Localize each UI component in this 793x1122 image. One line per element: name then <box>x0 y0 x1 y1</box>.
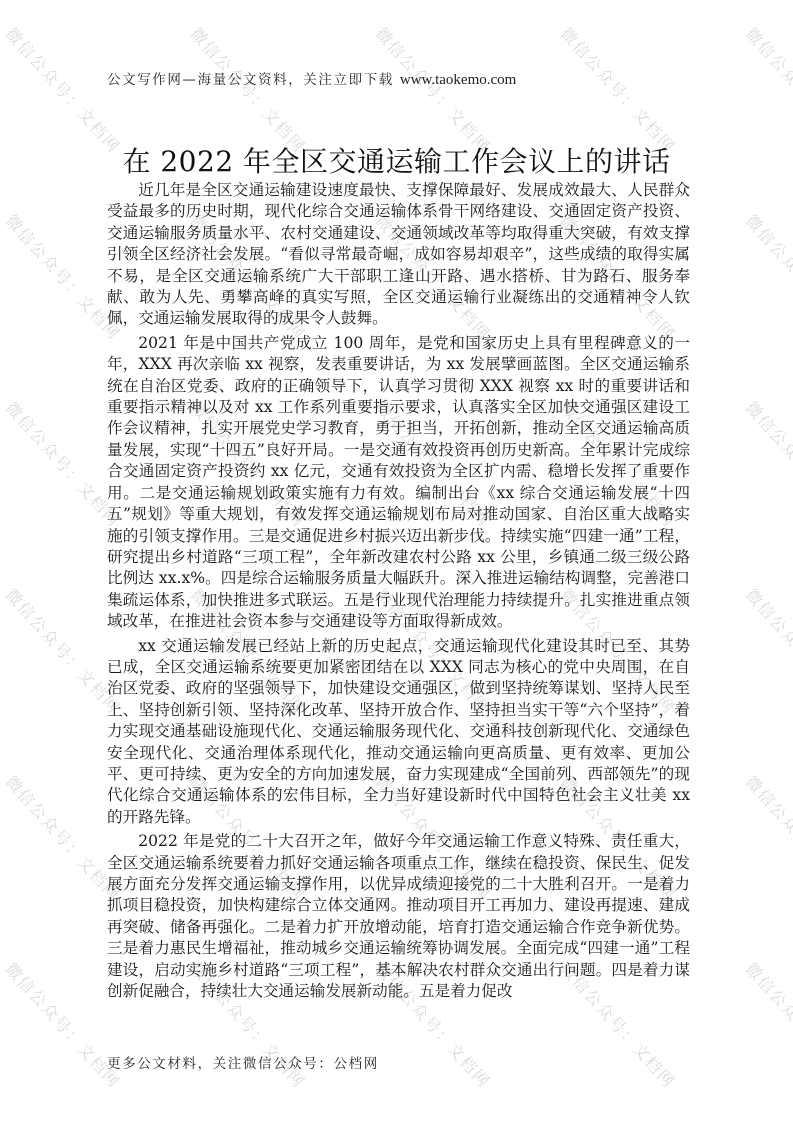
watermark: 微信公众号：文档网 <box>556 22 682 158</box>
paragraph: 近几年是全区交通运输建设速度最快、支撑保障最好、发展成效最大、人民群众受益最多的… <box>107 180 690 330</box>
paragraph: 2021 年是中国共产党成立 100 周年，是党和国家历史上具有里程碑意义的一年… <box>107 333 690 633</box>
document-body: 近几年是全区交通运输建设速度最快、支撑保障最好、发展成效最大、人民群众受益最多的… <box>107 180 690 1005</box>
watermark: 微信公众号：文档网 <box>741 209 793 345</box>
watermark: 微信公众号：文档网 <box>741 583 793 719</box>
watermark: 微信公众号：文档网 <box>1 22 127 158</box>
footer-note: 更多公文材料，关注微信公众号：公档网 <box>107 1052 379 1072</box>
header-url: www.taokemo.com <box>400 72 517 88</box>
watermark: 微信公众号：文档网 <box>186 22 312 158</box>
watermark: 微信公众号：文档网 <box>741 957 793 1093</box>
page-title: 在 2022 年全区交通运输工作会议上的讲话 <box>0 140 793 180</box>
paragraph: xx 交通运输发展已经站上新的历史起点，交通运输现代化建设其时已至、其势已成，全… <box>107 636 690 829</box>
watermark: 微信公众号：文档网 <box>741 770 793 906</box>
document-page: 微信公众号：文档网 微信公众号：文档网 微信公众号：文档网 微信公众号：文档网 … <box>0 0 793 1122</box>
header-note-text: 公文写作网—海量公文资料，关注立即下载 <box>107 72 394 88</box>
watermark: 微信公众号：文档网 <box>371 22 497 158</box>
watermark: 微信公众号：文档网 <box>741 396 793 532</box>
watermark: 微信公众号：文档网 <box>741 22 793 158</box>
paragraph: 2022 年是党的二十大召开之年，做好今年交通运输工作意义特殊、责任重大，全区交… <box>107 831 690 1002</box>
header-note: 公文写作网—海量公文资料，关注立即下载 www.taokemo.com <box>107 68 516 89</box>
